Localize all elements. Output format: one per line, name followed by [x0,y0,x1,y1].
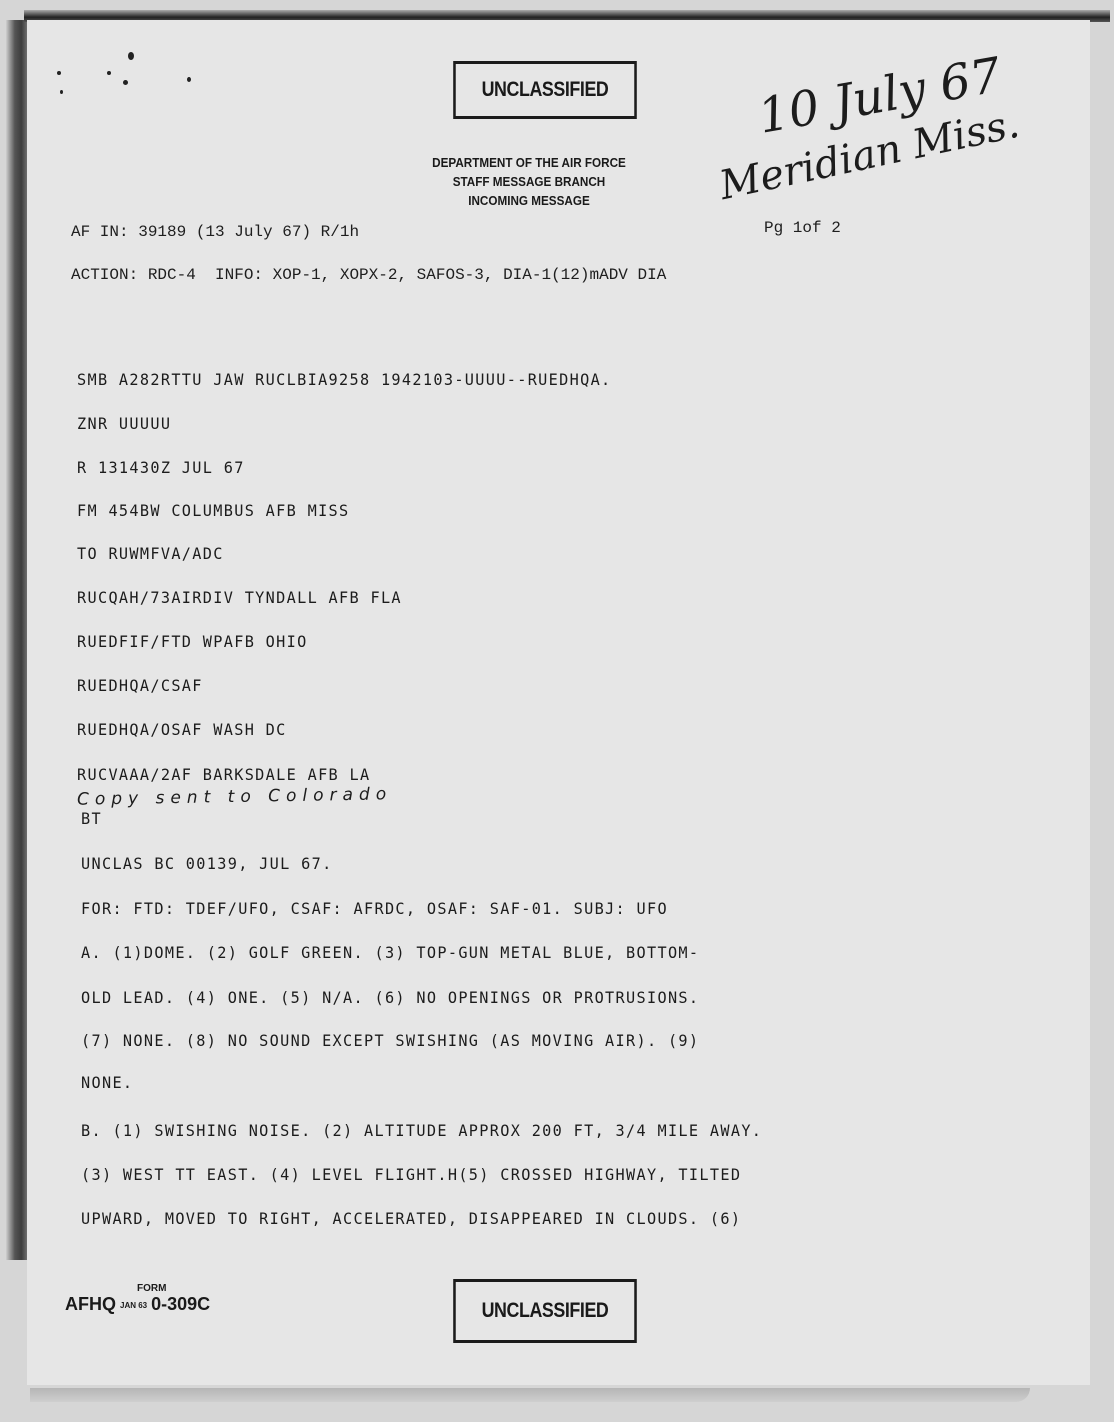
message-body-line: (3) WEST TT EAST. (4) LEVEL FLIGHT.H(5) … [81,1165,741,1184]
message-header-line: TO RUWMFVA/ADC [77,544,224,563]
message-header-line: RUCQAH/73AIRDIV TYNDALL AFB FLA [77,588,402,607]
speck [60,90,63,94]
message-body-line: UPWARD, MOVED TO RIGHT, ACCELERATED, DIS… [81,1209,741,1228]
action-info-line: ACTION: RDC-4 INFO: XOP-1, XOPX-2, SAFOS… [71,266,666,284]
classification-text: UNCLASSIFIED [482,78,609,102]
message-header-line: FM 454BW COLUMBUS AFB MISS [77,501,350,520]
form-date: JAN 63 [120,1301,147,1310]
page-number: Pg 1of 2 [764,219,841,237]
document-page: UNCLASSIFIED DEPARTMENT OF THE AIR FORCE… [27,20,1090,1385]
message-header-line: RUEDHQA/OSAF WASH DC [77,720,287,739]
message-body-line: (7) NONE. (8) NO SOUND EXCEPT SWISHING (… [81,1031,699,1050]
scan-bottom-edge-shadow [30,1388,1030,1402]
message-header-line: RUEDHQA/CSAF [77,676,203,695]
letterhead: DEPARTMENT OF THE AIR FORCE STAFF MESSAG… [430,153,628,210]
form-number: 0-309C [151,1294,210,1314]
message-body-line: A. (1)DOME. (2) GOLF GREEN. (3) TOP-GUN … [81,943,699,962]
speck [107,71,111,75]
message-header-line: RUEDFIF/FTD WPAFB OHIO [77,632,308,651]
message-header-line: R 131430Z JUL 67 [77,458,245,477]
message-header-line: RUCVAAA/2AF BARKSDALE AFB LA [77,765,370,784]
department-name: DEPARTMENT OF THE AIR FORCE [430,153,628,172]
message-body-line: UNCLAS BC 00139, JUL 67. [81,854,333,873]
form-label: FORM [137,1283,166,1294]
form-org: AFHQ [65,1294,116,1314]
speck [57,71,61,75]
message-body-line: NONE. [81,1073,133,1092]
classification-text: UNCLASSIFIED [482,1299,609,1323]
classification-stamp-top: UNCLASSIFIED [453,61,637,119]
message-type: INCOMING MESSAGE [430,191,628,210]
branch-name: STAFF MESSAGE BRANCH [430,172,628,191]
af-in-reference: AF IN: 39189 (13 July 67) R/1h [71,223,359,241]
speck [123,80,128,85]
speck [128,52,134,60]
message-body-line: FOR: FTD: TDEF/UFO, CSAF: AFRDC, OSAF: S… [81,899,668,918]
bt-marker: BT [81,809,102,828]
scan-left-edge-shadow [6,20,28,1260]
message-body-line: OLD LEAD. (4) ONE. (5) N/A. (6) NO OPENI… [81,988,699,1007]
message-header-line: ZNR UUUUU [77,414,171,433]
message-body-line: B. (1) SWISHING NOISE. (2) ALTITUDE APPR… [81,1121,762,1140]
speck [187,77,191,82]
message-header-line: SMB A282RTTU JAW RUCLBIA9258 1942103-UUU… [77,370,612,389]
handwritten-note: Copy sent to Colorado [77,784,392,809]
classification-stamp-bottom: UNCLASSIFIED [453,1279,637,1343]
